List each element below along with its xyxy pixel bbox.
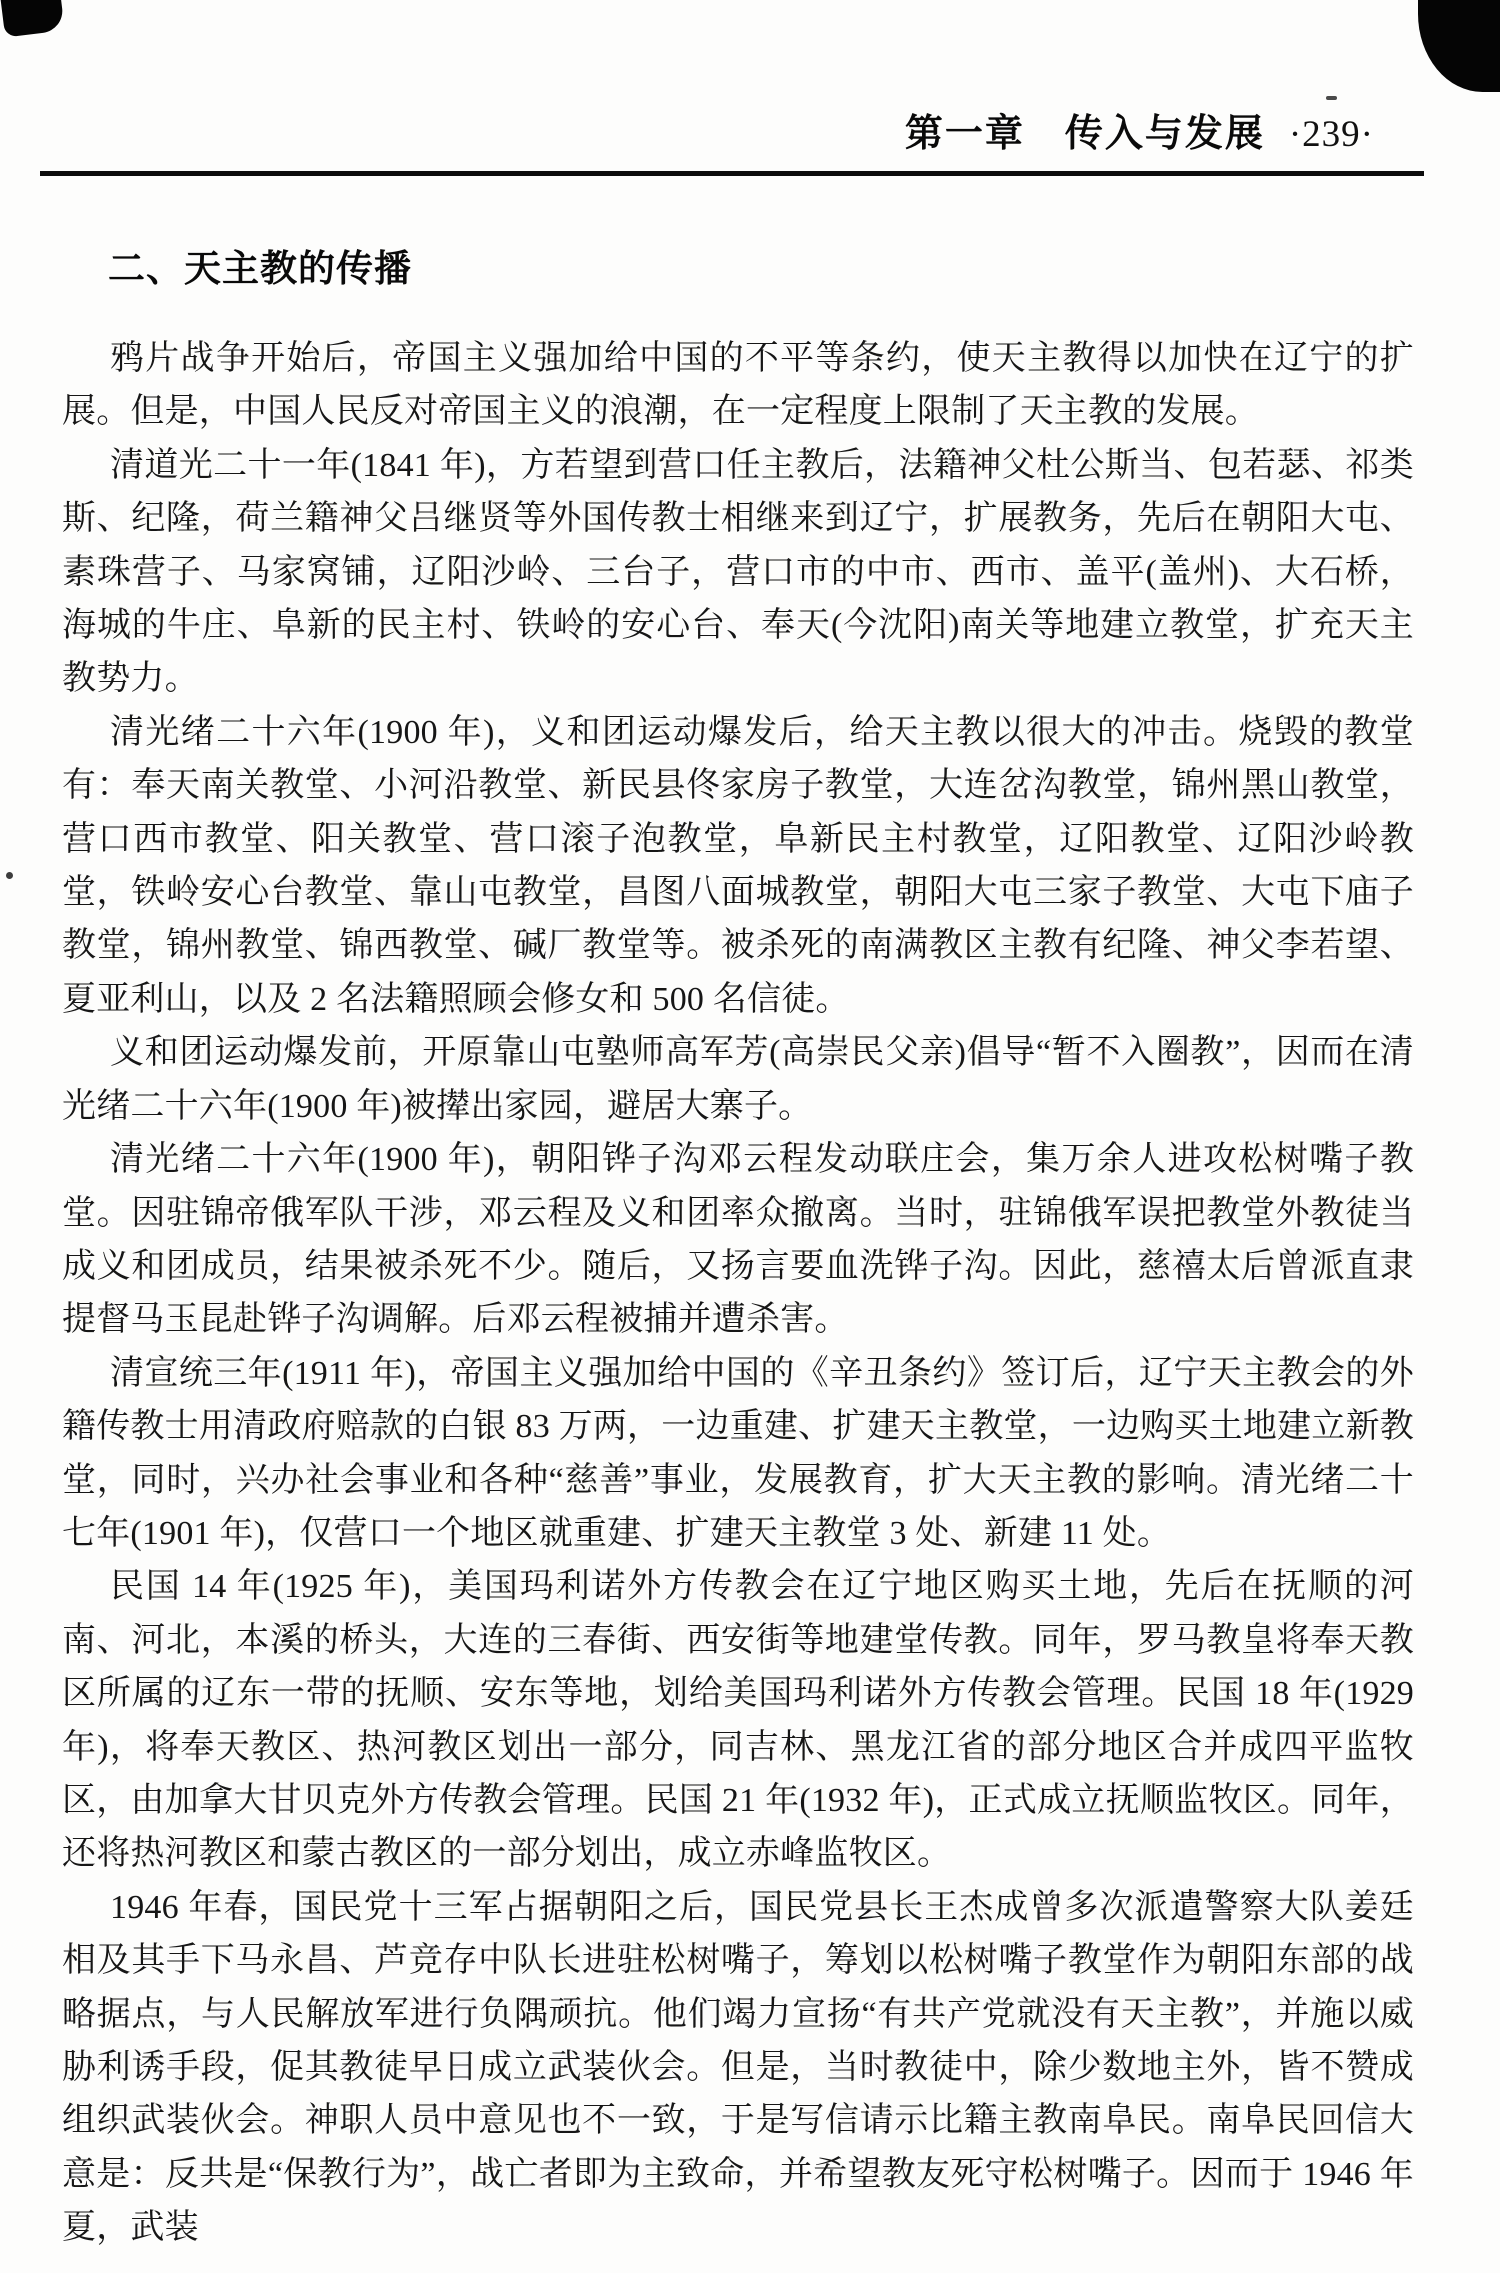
paragraph: 鸦片战争开始后，帝国主义强加给中国的不平等条约，使天主教得以加快在辽宁的扩展。但…	[62, 332, 1414, 439]
page-number: ·239·	[1289, 114, 1374, 155]
scanned-book-page: 第一章传入与发展·239· 二、天主教的传播 鸦片战争开始后，帝国主义强加给中国…	[0, 0, 1500, 2273]
header-rule	[40, 171, 1424, 176]
chapter-label: 第一章	[905, 113, 1025, 155]
section-heading: 二、天主教的传播	[108, 238, 1500, 292]
scan-speck	[1326, 96, 1337, 100]
body-text: 鸦片战争开始后，帝国主义强加给中国的不平等条约，使天主教得以加快在辽宁的扩展。但…	[62, 332, 1414, 2255]
paragraph: 民国 14 年(1925 年)，美国玛利诺外方传教会在辽宁地区购买土地，先后在抚…	[62, 1560, 1414, 1880]
paragraph: 1946 年春，国民党十三军占据朝阳之后，国民党县长王杰成曾多次派遣警察大队姜廷…	[62, 1881, 1414, 2255]
scan-artifact-top-right	[1418, 0, 1500, 92]
paragraph: 清光绪二十六年(1900 年)，义和团运动爆发后，给天主教以很大的冲击。烧毁的教…	[62, 706, 1414, 1026]
paragraph: 清光绪二十六年(1900 年)，朝阳铧子沟邓云程发动联庄会，集万余人进攻松树嘴子…	[62, 1133, 1414, 1347]
chapter-title: 传入与发展	[1065, 113, 1265, 155]
paragraph: 清道光二十一年(1841 年)，方若望到营口任主教后，法籍神父杜公斯当、包若瑟、…	[62, 439, 1414, 706]
paragraph: 义和团运动爆发前，开原靠山屯塾师高军芳(高崇民父亲)倡导“暂不入圈教”，因而在清…	[62, 1026, 1414, 1133]
scan-speck	[6, 872, 13, 879]
running-header: 第一章传入与发展·239·	[0, 112, 1500, 157]
scan-artifact-top-left	[0, 0, 65, 37]
paragraph: 清宣统三年(1911 年)，帝国主义强加给中国的《辛丑条约》签订后，辽宁天主教会…	[62, 1347, 1414, 1561]
